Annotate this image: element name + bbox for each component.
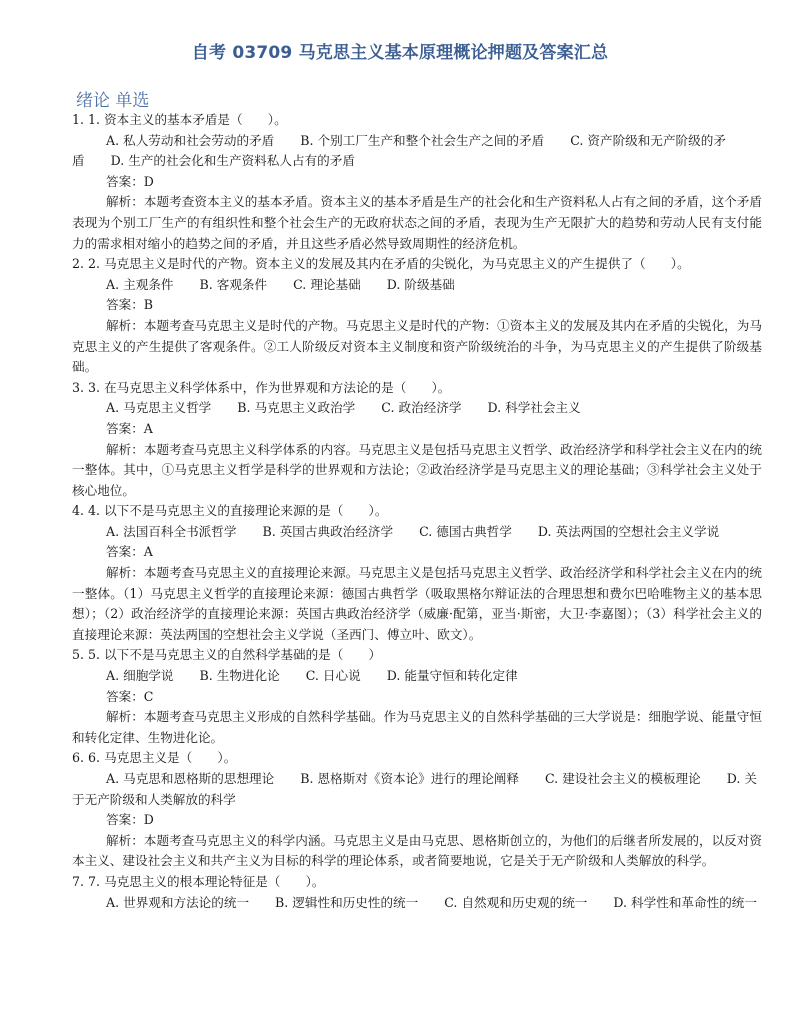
analysis-label: 解析： <box>106 194 144 209</box>
question-options: A. 马克思主义哲学B. 马克思主义政治学C. 政治经济学D. 科学社会主义 <box>72 398 762 419</box>
question-answer: 答案：D <box>72 810 762 831</box>
question-stem: 6. 6. 马克思主义是（ ）。 <box>72 748 762 769</box>
answer-value: A <box>144 421 153 436</box>
question-analysis: 解析：本题考查马克思主义形成的自然科学基础。作为马克思主义的自然科学基础的三大学… <box>72 707 762 748</box>
question-text: 以下不是马克思主义的直接理论来源的是（ ）。 <box>104 503 387 518</box>
question-text: 马克思主义是（ ）。 <box>104 750 236 765</box>
option-b: B. 客观条件 <box>199 277 267 292</box>
question-answer: 答案：C <box>72 687 762 708</box>
answer-label: 答案： <box>106 812 144 827</box>
answer-value: A <box>144 544 153 559</box>
question-text: 以下不是马克思主义的自然科学基础的是（ ） <box>104 647 381 662</box>
option-d: D. 阶级基础 <box>387 277 455 292</box>
question-number: 4. 4. <box>72 503 100 518</box>
document-title: 自考 03709 马克思主义基本原理概论押题及答案汇总 <box>0 38 800 63</box>
document-page: 自考 03709 马克思主义基本原理概论押题及答案汇总 绪论 单选 1. 1. … <box>0 0 800 1035</box>
option-d: D. 科学性和革命性的统一 <box>613 895 757 910</box>
question-options: A. 世界观和方法论的统一B. 逻辑性和历史性的统一C. 自然观和历史观的统一D… <box>72 893 762 914</box>
option-a: A. 私人劳动和社会劳动的矛盾 <box>106 133 274 148</box>
analysis-label: 解析： <box>106 442 144 457</box>
answer-label: 答案： <box>106 174 144 189</box>
question-item: 2. 2. 马克思主义是时代的产物。资本主义的发展及其内在矛盾的尖锐化，为马克思… <box>72 254 762 378</box>
analysis-text: 本题考查资本主义的基本矛盾。资本主义的基本矛盾是生产的社会化和生产资料私人占有之… <box>72 194 762 250</box>
question-options: A. 马克思和恩格斯的思想理论B. 恩格斯对《资本论》进行的理论阐释C. 建设社… <box>72 769 762 810</box>
question-answer: 答案：A <box>72 419 762 440</box>
analysis-label: 解析： <box>106 709 144 724</box>
option-b: B. 生物进化论 <box>199 668 279 683</box>
question-answer: 答案：A <box>72 542 762 563</box>
answer-value: C <box>144 689 154 704</box>
option-b: B. 英国古典政治经济学 <box>262 524 393 539</box>
answer-label: 答案： <box>106 297 144 312</box>
question-item: 4. 4. 以下不是马克思主义的直接理论来源的是（ ）。 A. 法国百科全书派哲… <box>72 501 762 645</box>
analysis-label: 解析： <box>106 318 144 333</box>
question-number: 1. 1. <box>72 112 100 127</box>
option-d: D. 生产的社会化和生产资料私人占有的矛盾 <box>111 153 355 168</box>
option-a: A. 细胞学说 <box>106 668 173 683</box>
option-d: D. 英法两国的空想社会主义学说 <box>538 524 719 539</box>
option-c: C. 政治经济学 <box>381 400 461 415</box>
answer-value: B <box>144 297 153 312</box>
question-text: 在马克思主义科学体系中，作为世界观和方法论的是（ ）。 <box>104 380 450 395</box>
analysis-text: 本题考查马克思主义的直接理论来源。马克思主义是包括马克思主义哲学、政治经济学和科… <box>72 565 762 642</box>
option-d: D. 能量守恒和转化定律 <box>387 668 518 683</box>
analysis-text: 本题考查马克思主义形成的自然科学基础。作为马克思主义的自然科学基础的三大学说是：… <box>72 709 762 745</box>
option-c: C. 理论基础 <box>293 277 361 292</box>
question-stem: 4. 4. 以下不是马克思主义的直接理论来源的是（ ）。 <box>72 501 762 522</box>
question-text: 马克思主义是时代的产物。资本主义的发展及其内在矛盾的尖锐化，为马克思主义的产生提… <box>104 256 690 271</box>
answer-label: 答案： <box>106 544 144 559</box>
option-a: A. 法国百科全书派哲学 <box>106 524 236 539</box>
question-stem: 7. 7. 马克思主义的根本理论特征是（ ）。 <box>72 872 762 893</box>
question-analysis: 解析：本题考查马克思主义科学体系的内容。马克思主义是包括马克思主义哲学、政治经济… <box>72 440 762 502</box>
question-stem: 5. 5. 以下不是马克思主义的自然科学基础的是（ ） <box>72 645 762 666</box>
analysis-text: 本题考查马克思主义科学体系的内容。马克思主义是包括马克思主义哲学、政治经济学和科… <box>72 442 762 498</box>
option-b: B. 马克思主义政治学 <box>237 400 355 415</box>
option-b: B. 恩格斯对《资本论》进行的理论阐释 <box>300 771 519 786</box>
question-options: A. 私人劳动和社会劳动的矛盾B. 个别工厂生产和整个社会生产之间的矛盾C. 资… <box>72 131 762 172</box>
option-a: A. 马克思和恩格斯的思想理论 <box>106 771 274 786</box>
analysis-label: 解析： <box>106 833 144 848</box>
question-stem: 2. 2. 马克思主义是时代的产物。资本主义的发展及其内在矛盾的尖锐化，为马克思… <box>72 254 762 275</box>
question-number: 5. 5. <box>72 647 100 662</box>
answer-label: 答案： <box>106 421 144 436</box>
question-number: 2. 2. <box>72 256 100 271</box>
question-options: A. 法国百科全书派哲学B. 英国古典政治经济学C. 德国古典哲学D. 英法两国… <box>72 522 762 543</box>
question-number: 6. 6. <box>72 750 100 765</box>
option-b: B. 个别工厂生产和整个社会生产之间的矛盾 <box>300 133 544 148</box>
question-item: 5. 5. 以下不是马克思主义的自然科学基础的是（ ） A. 细胞学说B. 生物… <box>72 645 762 748</box>
question-item: 3. 3. 在马克思主义科学体系中，作为世界观和方法论的是（ ）。 A. 马克思… <box>72 378 762 502</box>
section-heading: 绪论 单选 <box>76 86 149 111</box>
question-text: 马克思主义的根本理论特征是（ ）。 <box>104 874 324 889</box>
option-c: C. 德国古典哲学 <box>419 524 512 539</box>
question-item: 7. 7. 马克思主义的根本理论特征是（ ）。 A. 世界观和方法论的统一B. … <box>72 872 762 913</box>
option-c: C. 建设社会主义的模板理论 <box>545 771 701 786</box>
option-a: A. 马克思主义哲学 <box>106 400 211 415</box>
question-answer: 答案：D <box>72 172 762 193</box>
question-analysis: 解析：本题考查资本主义的基本矛盾。资本主义的基本矛盾是生产的社会化和生产资料私人… <box>72 192 762 254</box>
option-d: D. 科学社会主义 <box>487 400 580 415</box>
option-a: A. 世界观和方法论的统一 <box>106 895 249 910</box>
answer-value: D <box>144 812 154 827</box>
analysis-label: 解析： <box>106 565 144 580</box>
question-item: 6. 6. 马克思主义是（ ）。 A. 马克思和恩格斯的思想理论B. 恩格斯对《… <box>72 748 762 872</box>
answer-label: 答案： <box>106 689 144 704</box>
option-c: C. 自然观和历史观的统一 <box>444 895 587 910</box>
question-analysis: 解析：本题考查马克思主义是时代的产物。马克思主义是时代的产物：①资本主义的发展及… <box>72 316 762 378</box>
option-c: C. 日心说 <box>306 668 361 683</box>
question-answer: 答案：B <box>72 295 762 316</box>
analysis-text: 本题考查马克思主义是时代的产物。马克思主义是时代的产物：①资本主义的发展及其内在… <box>72 318 762 374</box>
option-b: B. 逻辑性和历史性的统一 <box>275 895 418 910</box>
question-options: A. 主观条件B. 客观条件C. 理论基础D. 阶级基础 <box>72 275 762 296</box>
question-item: 1. 1. 资本主义的基本矛盾是（ ）。 A. 私人劳动和社会劳动的矛盾B. 个… <box>72 110 762 254</box>
question-number: 7. 7. <box>72 874 100 889</box>
question-options: A. 细胞学说B. 生物进化论C. 日心说D. 能量守恒和转化定律 <box>72 666 762 687</box>
question-stem: 1. 1. 资本主义的基本矛盾是（ ）。 <box>72 110 762 131</box>
question-number: 3. 3. <box>72 380 100 395</box>
analysis-text: 本题考查马克思主义的科学内涵。马克思主义是由马克思、恩格斯创立的，为他们的后继者… <box>72 833 762 869</box>
question-stem: 3. 3. 在马克思主义科学体系中，作为世界观和方法论的是（ ）。 <box>72 378 762 399</box>
question-text: 资本主义的基本矛盾是（ ）。 <box>104 112 287 127</box>
question-analysis: 解析：本题考查马克思主义的科学内涵。马克思主义是由马克思、恩格斯创立的，为他们的… <box>72 831 762 872</box>
question-analysis: 解析：本题考查马克思主义的直接理论来源。马克思主义是包括马克思主义哲学、政治经济… <box>72 563 762 645</box>
answer-value: D <box>144 174 154 189</box>
question-list: 1. 1. 资本主义的基本矛盾是（ ）。 A. 私人劳动和社会劳动的矛盾B. 个… <box>72 110 762 913</box>
option-a: A. 主观条件 <box>106 277 173 292</box>
